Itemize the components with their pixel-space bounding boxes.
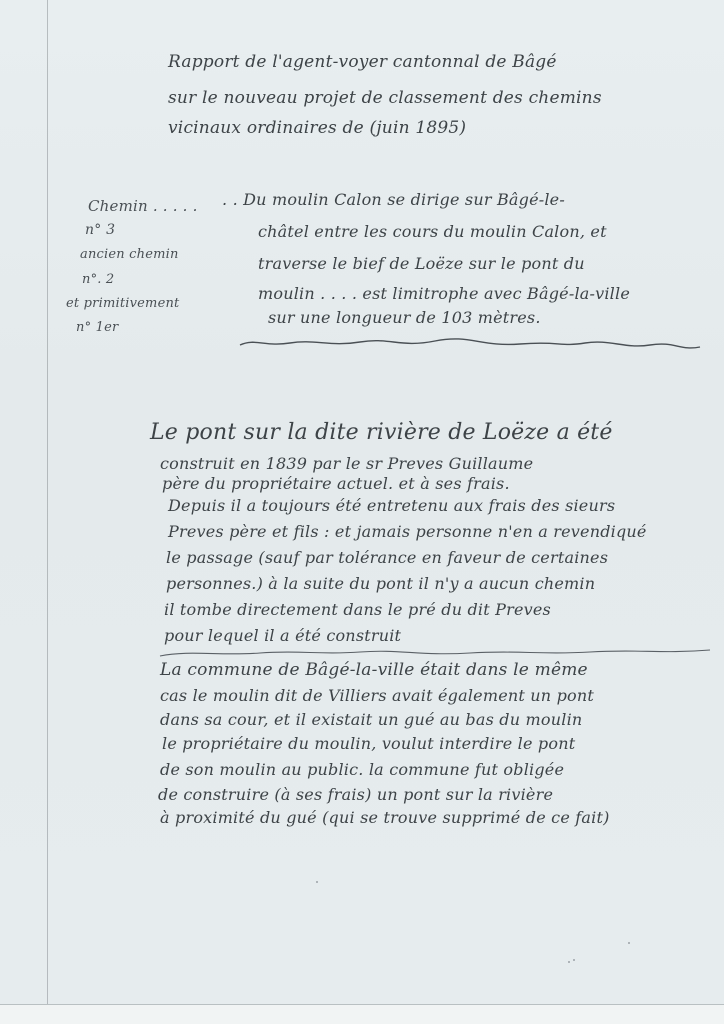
title-line-3: vicinaux ordinaires de (juin 1895) — [168, 118, 466, 138]
section2-line-7: personnes.) à la suite du pont il n'y a … — [166, 574, 595, 593]
section2-line-5: Preves père et fils : et jamais personne… — [168, 522, 647, 541]
margin-note-number: n° 3 — [85, 222, 115, 238]
paper-speck — [573, 959, 575, 961]
section2-line-6: le passage (sauf par tolérance en faveur… — [166, 548, 608, 567]
section2-line-8: il tombe directement dans le pré du dit … — [164, 600, 551, 619]
title-line-1: Rapport de l'agent-voyer cantonnal de Bâ… — [168, 52, 557, 72]
paper-speck — [568, 961, 570, 963]
section2-line-4: Depuis il a toujours été entretenu aux f… — [168, 496, 615, 515]
page-bottom-edge — [0, 1004, 724, 1024]
margin-note-primitive-number: n° 1er — [76, 320, 118, 335]
section3-line-2: cas le moulin dit de Villiers avait égal… — [160, 686, 594, 705]
margin-note-chemin: Chemin . . . . . — [88, 197, 198, 215]
section2-line-1: Le pont sur la dite rivière de Loëze a é… — [150, 420, 613, 445]
section2-line-1-text: Le pont sur la dite rivière de Loëze a é… — [150, 420, 613, 445]
paper-speck — [316, 881, 318, 883]
margin-note-primitivement: et primitivement — [66, 296, 179, 311]
section3-line-3: dans sa cour, et il existait un gué au b… — [160, 710, 582, 729]
paper-speck — [628, 942, 630, 944]
section2-line-9: pour lequel il a été construit — [164, 626, 401, 645]
section2-line-3: père du propriétaire actuel. et à ses fr… — [162, 474, 510, 493]
section3-line-7: à proximité du gué (qui se trouve suppri… — [160, 808, 610, 827]
section3-line-1: La commune de Bâgé-la-ville était dans l… — [160, 660, 588, 680]
section3-line-5: de son moulin au public. la commune fut … — [160, 760, 564, 779]
section1-line-4: moulin . . . . est limitrophe avec Bâgé-… — [258, 284, 630, 303]
margin-note-ancien: ancien chemin — [80, 247, 179, 262]
section1-line-1: . . Du moulin Calon se dirige sur Bâgé-l… — [222, 190, 565, 209]
title-line-2: sur le nouveau projet de classement des … — [168, 88, 602, 108]
section1-line-3: traverse le bief de Loëze sur le pont du — [258, 254, 585, 273]
section1-line-5: sur une longueur de 103 mètres. — [268, 308, 541, 327]
section3-line-4: le propriétaire du moulin, voulut interd… — [162, 734, 575, 753]
wavy-divider-1 — [240, 335, 700, 355]
section2-line-2: construit en 1839 par le sr Preves Guill… — [160, 454, 533, 473]
section1-line-2: châtel entre les cours du moulin Calon, … — [258, 222, 607, 241]
margin-note-ancien-number: n°. 2 — [82, 272, 114, 287]
section3-line-6: de construire (à ses frais) un pont sur … — [158, 785, 553, 804]
margin-line — [47, 0, 48, 1004]
